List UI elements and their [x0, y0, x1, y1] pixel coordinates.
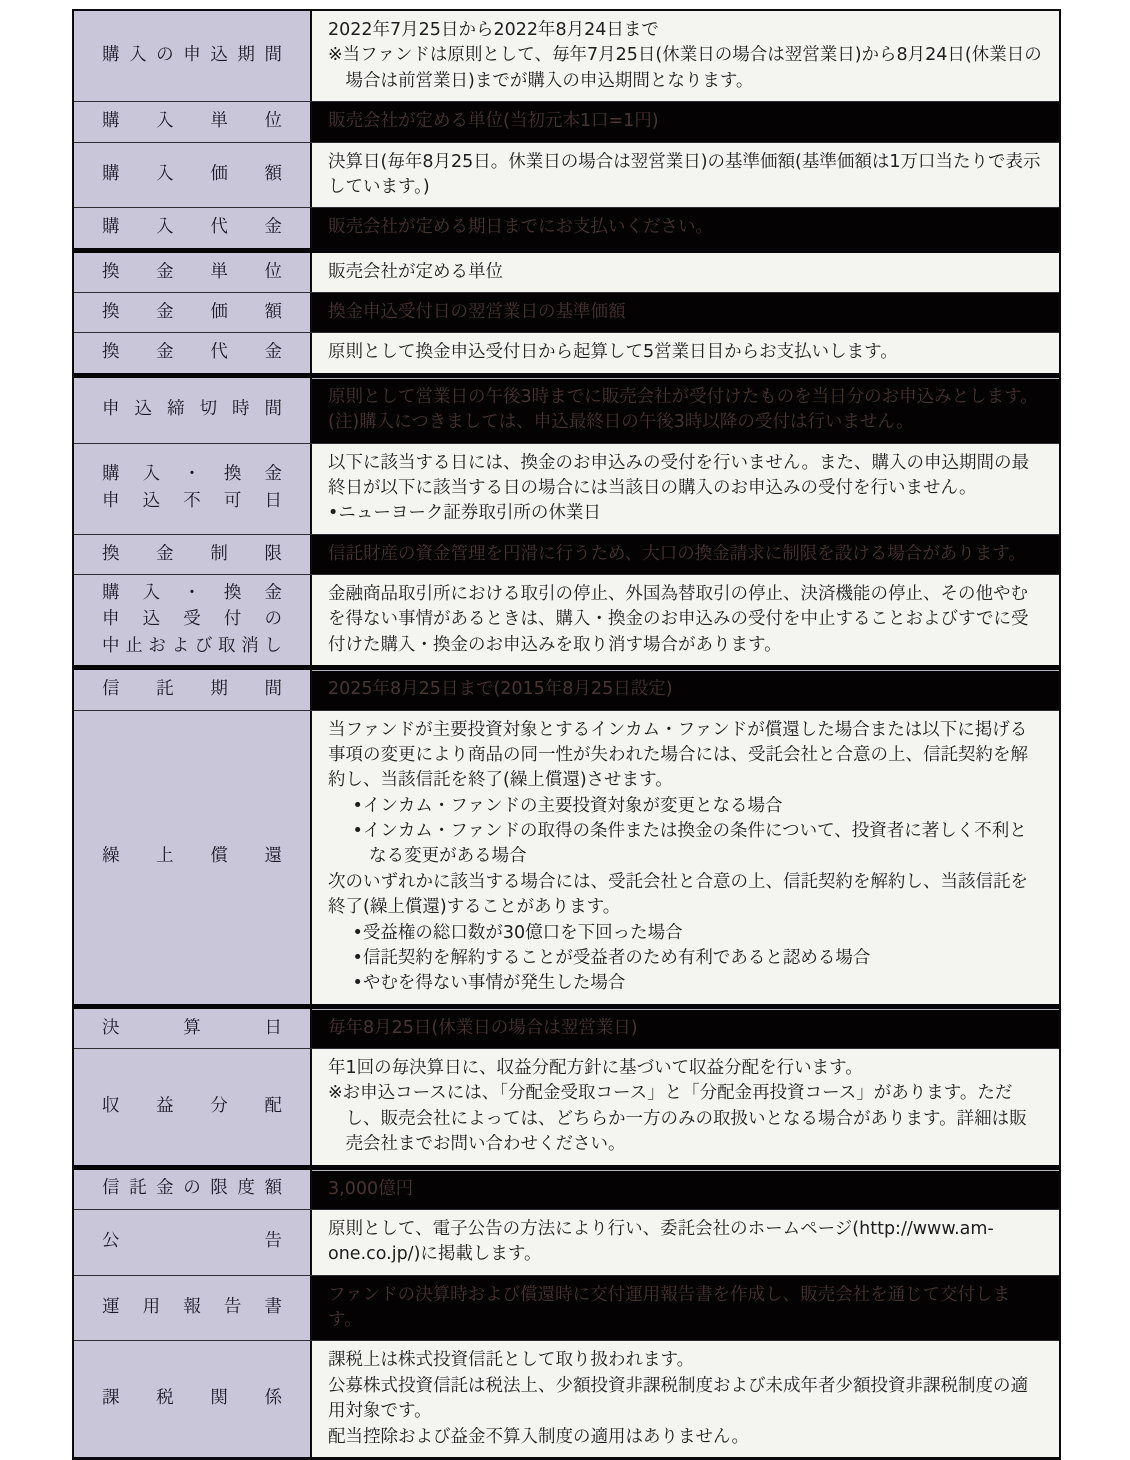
fund-terms-table: 購入の申込期間2022年7月25日から2022年8月24日まで※当ファンドは原則…: [72, 9, 1061, 1460]
content-paragraph: 公募株式投資信託は税法上、少額投資非課税制度および未成年者少額投資非課税制度の適…: [328, 1374, 1043, 1425]
content-paragraph: 原則として営業日の午後3時までに販売会社が受付けたものを当日分のお申込みとします…: [328, 385, 1043, 410]
row-content: 販売会社が定める単位: [312, 253, 1059, 292]
row-label: 繰上償還: [74, 711, 312, 1004]
row-label: 換金代金: [74, 333, 312, 372]
row-content: 決算日(毎年8月25日。休業日の場合は翌営業日)の基準価額(基準価額は1万口当た…: [312, 143, 1059, 208]
content-paragraph: •信託契約を解約することが受益者のため有利であると認める場合: [328, 946, 1043, 971]
content-paragraph: 信託財産の資金管理を円滑に行うため、大口の換金請求に制限を設ける場合があります。: [328, 542, 1043, 567]
row-label: 購入代金: [74, 208, 312, 247]
table-row-trust-fund-limit: 信託金の限度額3,000億円: [74, 1165, 1059, 1209]
row-label: 換金価額: [74, 293, 312, 332]
table-row-early-redemption: 繰上償還当ファンドが主要投資対象とするインカム・ファンドが償還した場合または以下…: [74, 710, 1059, 1004]
content-paragraph: 原則として換金申込受付日から起算して5営業日目からお支払いします。: [328, 340, 1043, 365]
row-label-line: 購入価額: [102, 163, 282, 187]
table-row-management-report: 運用報告書ファンドの決算時および償還時に交付運用報告書を作成し、販売会社を通じて…: [74, 1275, 1059, 1341]
table-row-redemption-price: 換金価額換金申込受付日の翌営業日の基準価額: [74, 292, 1059, 332]
row-label: 購入・換金申込不可日: [74, 444, 312, 534]
table-row-purchase-redemption-suspension: 購入・換金申込受付の中止および取消し金融商品取引所における取引の停止、外国為替取…: [74, 574, 1059, 665]
row-content: 販売会社が定める期日までにお支払いください。: [312, 208, 1059, 247]
content-paragraph: 換金申込受付日の翌営業日の基準価額: [328, 300, 1043, 325]
row-content: 2025年8月25日まで(2015年8月25日設定): [312, 670, 1059, 709]
content-paragraph: •インカム・ファンドの主要投資対象が変更となる場合: [328, 794, 1043, 819]
row-label-line: 公告: [102, 1230, 282, 1254]
content-paragraph: 年1回の毎決算日に、収益分配方針に基づいて収益分配を行います。: [328, 1056, 1043, 1081]
row-content: 換金申込受付日の翌営業日の基準価額: [312, 293, 1059, 332]
row-label-line: 中止および取消し: [102, 635, 282, 659]
content-paragraph: 課税上は株式投資信託として取り扱われます。: [328, 1348, 1043, 1373]
table-row-settlement-date: 決算日毎年8月25日(休業日の場合は翌営業日): [74, 1004, 1059, 1048]
content-paragraph: 次のいずれかに該当する場合には、受託会社と合意の上、信託契約を解約し、当該信託を…: [328, 870, 1043, 921]
content-paragraph: 2025年8月25日まで(2015年8月25日設定): [328, 677, 1043, 702]
row-content: 原則として換金申込受付日から起算して5営業日目からお支払いします。: [312, 333, 1059, 372]
row-content: 原則として、電子公告の方法により行い、委託会社のホームページ(http://ww…: [312, 1210, 1059, 1275]
row-label-line: 購入の申込期間: [102, 44, 282, 68]
table-row-application-cutoff-time: 申込締切時間原則として営業日の午後3時までに販売会社が受付けたものを当日分のお申…: [74, 373, 1059, 443]
row-label-line: 繰上償還: [102, 845, 282, 869]
row-label: 課税関係: [74, 1341, 312, 1457]
content-paragraph: 2022年7月25日から2022年8月24日まで: [328, 18, 1043, 43]
row-content: 課税上は株式投資信託として取り扱われます。公募株式投資信託は税法上、少額投資非課…: [312, 1341, 1059, 1457]
table-row-redemption-unit: 換金単位販売会社が定める単位: [74, 248, 1059, 292]
row-label: 換金単位: [74, 253, 312, 292]
row-content: 信託財産の資金管理を円滑に行うため、大口の換金請求に制限を設ける場合があります。: [312, 535, 1059, 574]
row-label-line: 信託金の限度額: [102, 1177, 282, 1201]
row-content: 販売会社が定める単位(当初元本1口=1円): [312, 102, 1059, 141]
table-row-taxation: 課税関係課税上は株式投資信託として取り扱われます。公募株式投資信託は税法上、少額…: [74, 1340, 1059, 1457]
row-label: 購入の申込期間: [74, 11, 312, 101]
row-label-line: 課税関係: [102, 1387, 282, 1411]
table-row-purchase-price: 購入価額決算日(毎年8月25日。休業日の場合は翌営業日)の基準価額(基準価額は1…: [74, 142, 1059, 208]
table-row-public-notice: 公告原則として、電子公告の方法により行い、委託会社のホームページ(http://…: [74, 1209, 1059, 1275]
row-label: 収益分配: [74, 1049, 312, 1165]
row-content: 年1回の毎決算日に、収益分配方針に基づいて収益分配を行います。※お申込コースには…: [312, 1049, 1059, 1165]
row-label: 申込締切時間: [74, 378, 312, 443]
row-label-line: 購入・換金: [102, 582, 282, 606]
row-label-line: 購入代金: [102, 216, 282, 240]
content-paragraph: 原則として、電子公告の方法により行い、委託会社のホームページ(http://ww…: [328, 1217, 1043, 1268]
table-row-redemption-payment: 換金代金原則として換金申込受付日から起算して5営業日目からお支払いします。: [74, 332, 1059, 372]
content-paragraph: 毎年8月25日(休業日の場合は翌営業日): [328, 1016, 1043, 1041]
content-paragraph: 当ファンドが主要投資対象とするインカム・ファンドが償還した場合または以下に掲げる…: [328, 718, 1043, 794]
table-row-trust-period: 信託期間2025年8月25日まで(2015年8月25日設定): [74, 665, 1059, 709]
row-label-line: 換金価額: [102, 301, 282, 325]
table-row-income-distribution: 収益分配年1回の毎決算日に、収益分配方針に基づいて収益分配を行います。※お申込コ…: [74, 1048, 1059, 1165]
row-label: 決算日: [74, 1009, 312, 1048]
row-label-line: 申込受付の: [102, 608, 282, 632]
row-label-line: 換金単位: [102, 261, 282, 285]
content-paragraph: ※当ファンドは原則として、毎年7月25日(休業日の場合は翌営業日)から8月24日…: [328, 43, 1043, 94]
row-label-line: 運用報告書: [102, 1296, 282, 1320]
table-row-purchase-payment: 購入代金販売会社が定める期日までにお支払いください。: [74, 207, 1059, 247]
row-label: 購入・換金申込受付の中止および取消し: [74, 575, 312, 665]
row-label: 信託金の限度額: [74, 1170, 312, 1209]
row-label-line: 収益分配: [102, 1095, 282, 1119]
row-content: 毎年8月25日(休業日の場合は翌営業日): [312, 1009, 1059, 1048]
row-label-line: 決算日: [102, 1017, 282, 1041]
row-label: 信託期間: [74, 670, 312, 709]
row-label-line: 申込締切時間: [102, 398, 282, 422]
content-paragraph: (注)購入につきましては、申込最終日の午後3時以降の受付は行いません。: [328, 410, 1043, 435]
row-label-line: 換金代金: [102, 341, 282, 365]
content-paragraph: 販売会社が定める単位(当初元本1口=1円): [328, 109, 1043, 134]
content-paragraph: •インカム・ファンドの取得の条件または換金の条件について、投資者に著しく不利とな…: [328, 819, 1043, 870]
content-paragraph: 決算日(毎年8月25日。休業日の場合は翌営業日)の基準価額(基準価額は1万口当た…: [328, 150, 1043, 201]
content-paragraph: •受益権の総口数が30億口を下回った場合: [328, 921, 1043, 946]
row-label-line: 換金制限: [102, 543, 282, 567]
table-row-purchase-redemption-unavailable-days: 購入・換金申込不可日以下に該当する日には、換金のお申込みの受付を行いません。また…: [74, 443, 1059, 534]
content-paragraph: 販売会社が定める単位: [328, 260, 1043, 285]
row-content: 2022年7月25日から2022年8月24日まで※当ファンドは原則として、毎年7…: [312, 11, 1059, 101]
row-content: 原則として営業日の午後3時までに販売会社が受付けたものを当日分のお申込みとします…: [312, 378, 1059, 443]
content-paragraph: 以下に該当する日には、換金のお申込みの受付を行いません。また、購入の申込期間の最…: [328, 451, 1043, 502]
content-paragraph: ※お申込コースには、「分配金受取コース」と「分配金再投資コース」があります。ただ…: [328, 1081, 1043, 1157]
table-row-redemption-restriction: 換金制限信託財産の資金管理を円滑に行うため、大口の換金請求に制限を設ける場合があ…: [74, 534, 1059, 574]
row-label-line: 購入・換金: [102, 463, 282, 487]
content-paragraph: •ニューヨーク証券取引所の休業日: [328, 501, 1043, 526]
row-label: 公告: [74, 1210, 312, 1275]
content-paragraph: 配当控除および益金不算入制度の適用はありません。: [328, 1425, 1043, 1450]
row-content: 3,000億円: [312, 1170, 1059, 1209]
table-row-purchase-application-period: 購入の申込期間2022年7月25日から2022年8月24日まで※当ファンドは原則…: [74, 11, 1059, 101]
content-paragraph: •やむを得ない事情が発生した場合: [328, 971, 1043, 996]
row-label: 換金制限: [74, 535, 312, 574]
row-content: 当ファンドが主要投資対象とするインカム・ファンドが償還した場合または以下に掲げる…: [312, 711, 1059, 1004]
content-paragraph: 3,000億円: [328, 1177, 1043, 1202]
content-paragraph: ファンドの決算時および償還時に交付運用報告書を作成し、販売会社を通じて交付します…: [328, 1283, 1043, 1334]
content-paragraph: 販売会社が定める期日までにお支払いください。: [328, 215, 1043, 240]
table-row-purchase-unit: 購入単位販売会社が定める単位(当初元本1口=1円): [74, 101, 1059, 141]
row-label: 購入価額: [74, 143, 312, 208]
row-label-line: 信託期間: [102, 678, 282, 702]
row-label-line: 購入単位: [102, 110, 282, 134]
content-paragraph: 金融商品取引所における取引の停止、外国為替取引の停止、決済機能の停止、その他やむ…: [328, 582, 1043, 658]
row-label-line: 申込不可日: [102, 490, 282, 514]
row-content: 以下に該当する日には、換金のお申込みの受付を行いません。また、購入の申込期間の最…: [312, 444, 1059, 534]
row-content: ファンドの決算時および償還時に交付運用報告書を作成し、販売会社を通じて交付します…: [312, 1276, 1059, 1341]
row-label: 購入単位: [74, 102, 312, 141]
row-content: 金融商品取引所における取引の停止、外国為替取引の停止、決済機能の停止、その他やむ…: [312, 575, 1059, 665]
row-label: 運用報告書: [74, 1276, 312, 1341]
